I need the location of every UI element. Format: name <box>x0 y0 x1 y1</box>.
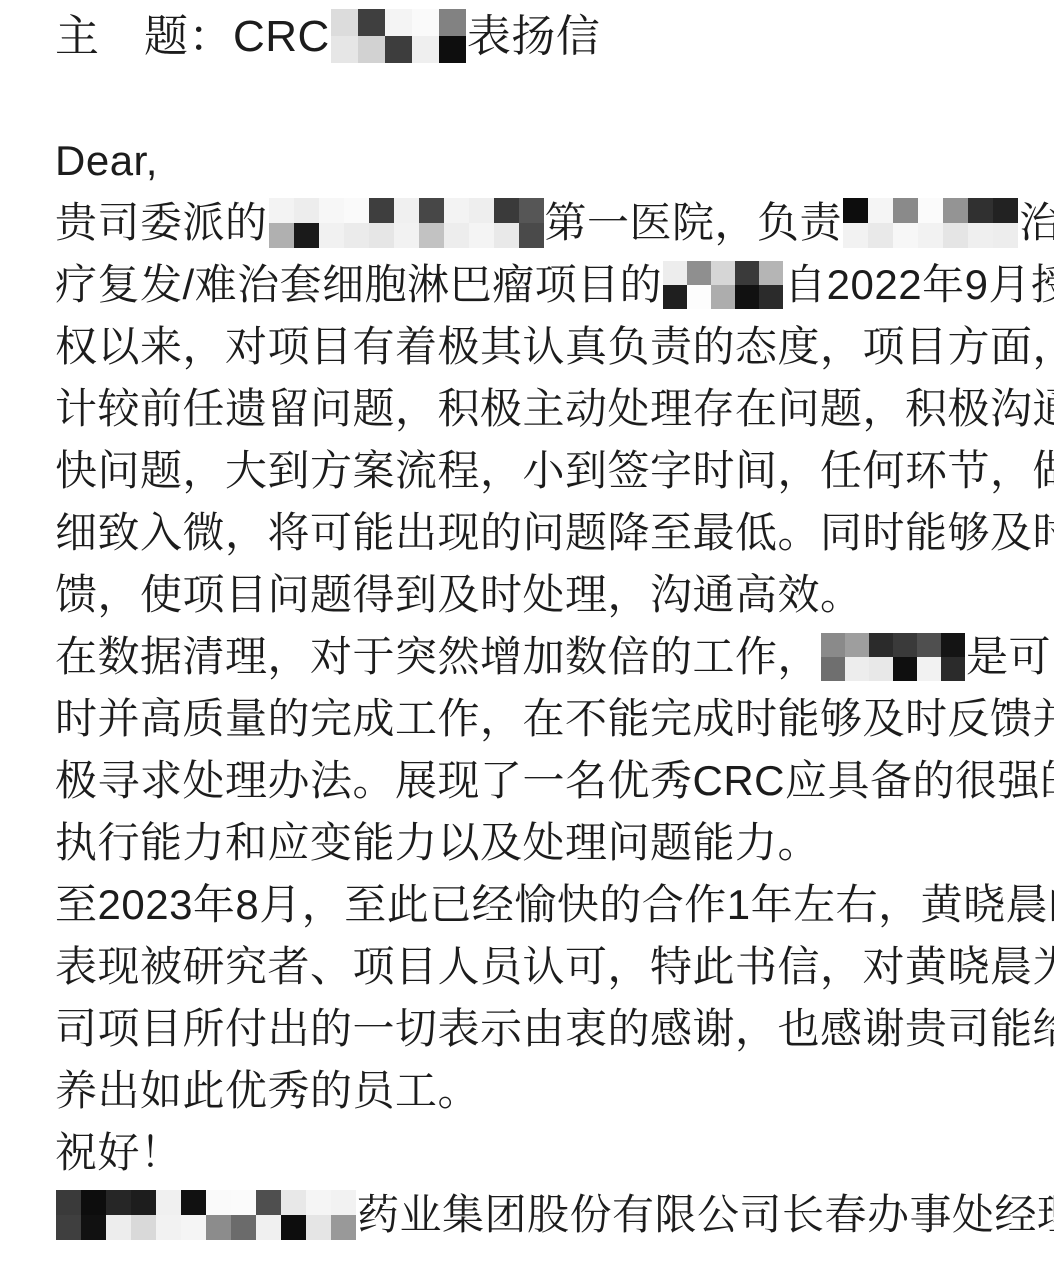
line-text: 权以来，对项目有着极其认真负责的态度，项目方面，不 <box>55 323 1054 370</box>
line-text: 在数据清理，对于突然增加数倍的工作， <box>55 633 820 680</box>
line-text: 极寻求处理办法。展现了一名优秀CRC应具备的很强的 <box>55 757 1054 804</box>
line-text: 祝好！ <box>55 1129 183 1176</box>
body-line: 极寻求处理办法。展现了一名优秀CRC应具备的很强的 <box>55 750 1020 812</box>
redaction-block-company-name <box>56 1190 356 1240</box>
body-line: 疗复发/难治套细胞淋巴瘤项目的自2022年9月授 <box>55 254 1020 316</box>
redaction-block-hospital-name <box>269 198 544 248</box>
subject-line: 主 题：CRC表扬信 <box>55 6 1020 68</box>
line-text: 表扬信 <box>467 12 601 61</box>
line-text: 至2023年8月，至此已经愉快的合作1年左右，黄晓晨的 <box>55 881 1054 928</box>
line-text: 计较前任遗留问题，积极主动处理存在问题，积极沟通解 <box>55 385 1054 432</box>
title-gap <box>55 68 1020 130</box>
line-text: Dear, <box>55 137 158 184</box>
line-text: 表现被研究者、项目人员认可，特此书信，对黄晓晨为我 <box>55 943 1054 990</box>
line-text: 第一医院，负责 <box>545 199 843 246</box>
line-text: 治 <box>1019 199 1054 246</box>
line-text: 快问题，大到方案流程，小到签字时间，任何环节，做到 <box>55 447 1054 494</box>
line-text: 疗复发/难治套细胞淋巴瘤项目的 <box>55 261 662 308</box>
line-text: 药业集团股份有限公司长春办事处经理 <box>357 1191 1054 1238</box>
line-text: 是可以及 <box>966 633 1054 680</box>
letter-document: 主 题：CRC表扬信Dear,贵司委派的第一医院，负责治疗复发/难治套细胞淋巴瘤… <box>0 0 1054 1280</box>
line-text: 馈，使项目问题得到及时处理，沟通高效。 <box>55 571 863 618</box>
closing-line: 祝好！ <box>55 1122 1020 1184</box>
salutation-line: Dear, <box>55 130 1020 192</box>
body-line: 在数据清理，对于突然增加数倍的工作，是可以及 <box>55 626 1020 688</box>
body-line: 权以来，对项目有着极其认真负责的态度，项目方面，不 <box>55 316 1020 378</box>
line-text: 细致入微，将可能出现的问题降至最低。同时能够及时反 <box>55 509 1054 556</box>
body-line: 计较前任遗留问题，积极主动处理存在问题，积极沟通解 <box>55 378 1020 440</box>
body-line: 贵司委派的第一医院，负责治 <box>55 192 1020 254</box>
body-line: 表现被研究者、项目人员认可，特此书信，对黄晓晨为我 <box>55 936 1020 998</box>
body-line: 快问题，大到方案流程，小到签字时间，任何环节，做到 <box>55 440 1020 502</box>
line-text: 主 题：CRC <box>55 12 330 61</box>
body-line: 细致入微，将可能出现的问题降至最低。同时能够及时反 <box>55 502 1020 564</box>
line-text: 养出如此优秀的员工。 <box>55 1067 480 1114</box>
body-line: 时并高质量的完成工作，在不能完成时能够及时反馈并积 <box>55 688 1020 750</box>
body-line: 馈，使项目问题得到及时处理，沟通高效。 <box>55 564 1020 626</box>
redaction-block-crc-name-1 <box>663 261 783 309</box>
line-text: 贵司委派的 <box>55 199 268 246</box>
line-text: 执行能力和应变能力以及处理问题能力。 <box>55 819 820 866</box>
redaction-block-subject-name <box>331 9 466 63</box>
line-text: 司项目所付出的一切表示由衷的感谢，也感谢贵司能给培 <box>55 1005 1054 1052</box>
line-text: 时并高质量的完成工作，在不能完成时能够及时反馈并积 <box>55 695 1054 742</box>
body-line: 养出如此优秀的员工。 <box>55 1060 1020 1122</box>
body-line: 司项目所付出的一切表示由衷的感谢，也感谢贵司能给培 <box>55 998 1020 1060</box>
redaction-block-sponsor-name <box>843 198 1018 248</box>
redaction-block-crc-name-2 <box>821 633 965 681</box>
body-line: 执行能力和应变能力以及处理问题能力。 <box>55 812 1020 874</box>
line-text: 自2022年9月授 <box>784 261 1054 308</box>
body-line: 至2023年8月，至此已经愉快的合作1年左右，黄晓晨的 <box>55 874 1020 936</box>
signature-line: 药业集团股份有限公司长春办事处经理 <box>55 1184 1020 1246</box>
